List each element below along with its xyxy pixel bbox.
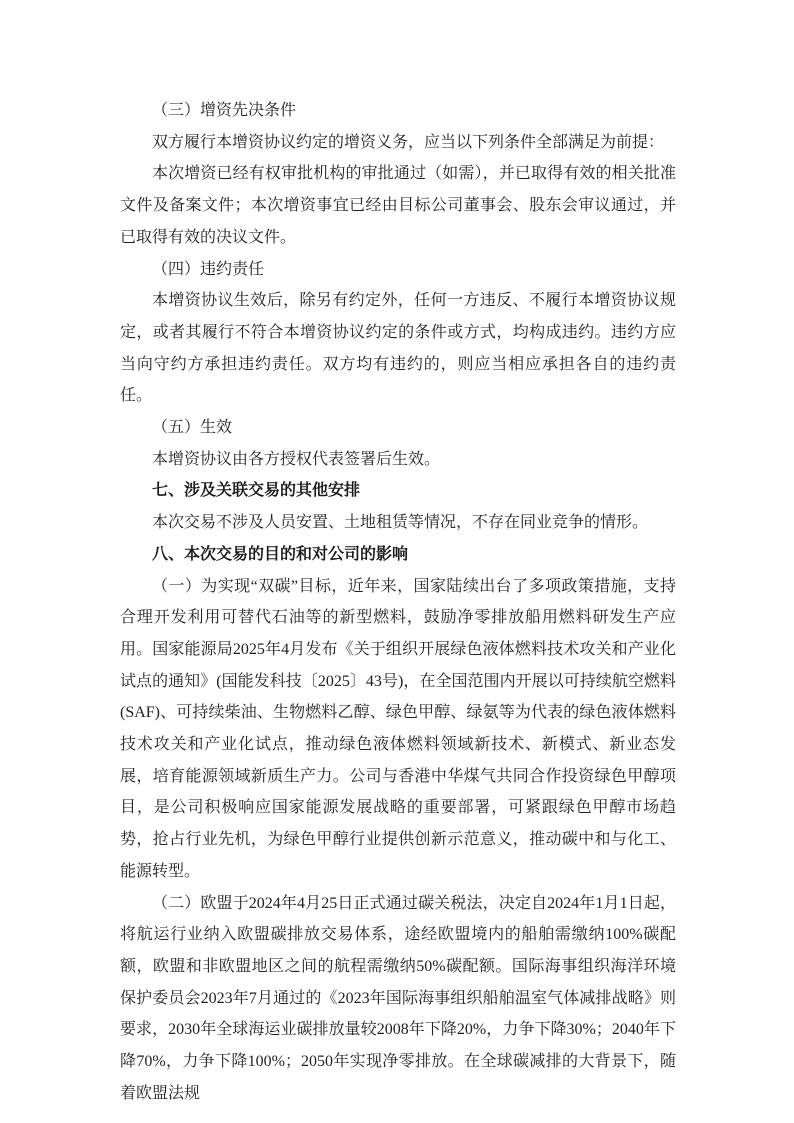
clause-4-body: 本增资协议生效后，除另有约定外，任何一方违反、不履行本增资协议规定，或者其履行不… [120,285,676,412]
section-8-item-1: （一）为实现“双碳”目标，近年来，国家陆续出台了多项政策措施，支持合理开发利用可… [120,571,676,888]
clause-4-heading: （四）违约责任 [120,254,676,286]
document-page: （三）增资先决条件 双方履行本增资协议约定的增资义务，应当以下列条件全部满足为前… [0,0,794,1123]
section-7-heading: 七、涉及关联交易的其他安排 [120,475,676,507]
clause-3-heading: （三）增资先决条件 [120,95,676,127]
clause-5-body: 本增资协议由各方授权代表签署后生效。 [120,444,676,476]
section-8-item-2: （二）欧盟于2024年4月25日正式通过碳关税法，决定自2024年1月1日起，将… [120,888,676,1110]
clause-3-body: 本次增资已经有权审批机构的审批通过（如需），并已取得有效的相关批准文件及备案文件… [120,158,676,253]
section-7-body: 本次交易不涉及人员安置、土地租赁等情况，不存在同业竞争的情形。 [120,507,676,539]
clause-5-heading: （五）生效 [120,412,676,444]
clause-3-intro: 双方履行本增资协议约定的增资义务，应当以下列条件全部满足为前提： [120,127,676,159]
section-8-heading: 八、本次交易的目的和对公司的影响 [120,539,676,571]
